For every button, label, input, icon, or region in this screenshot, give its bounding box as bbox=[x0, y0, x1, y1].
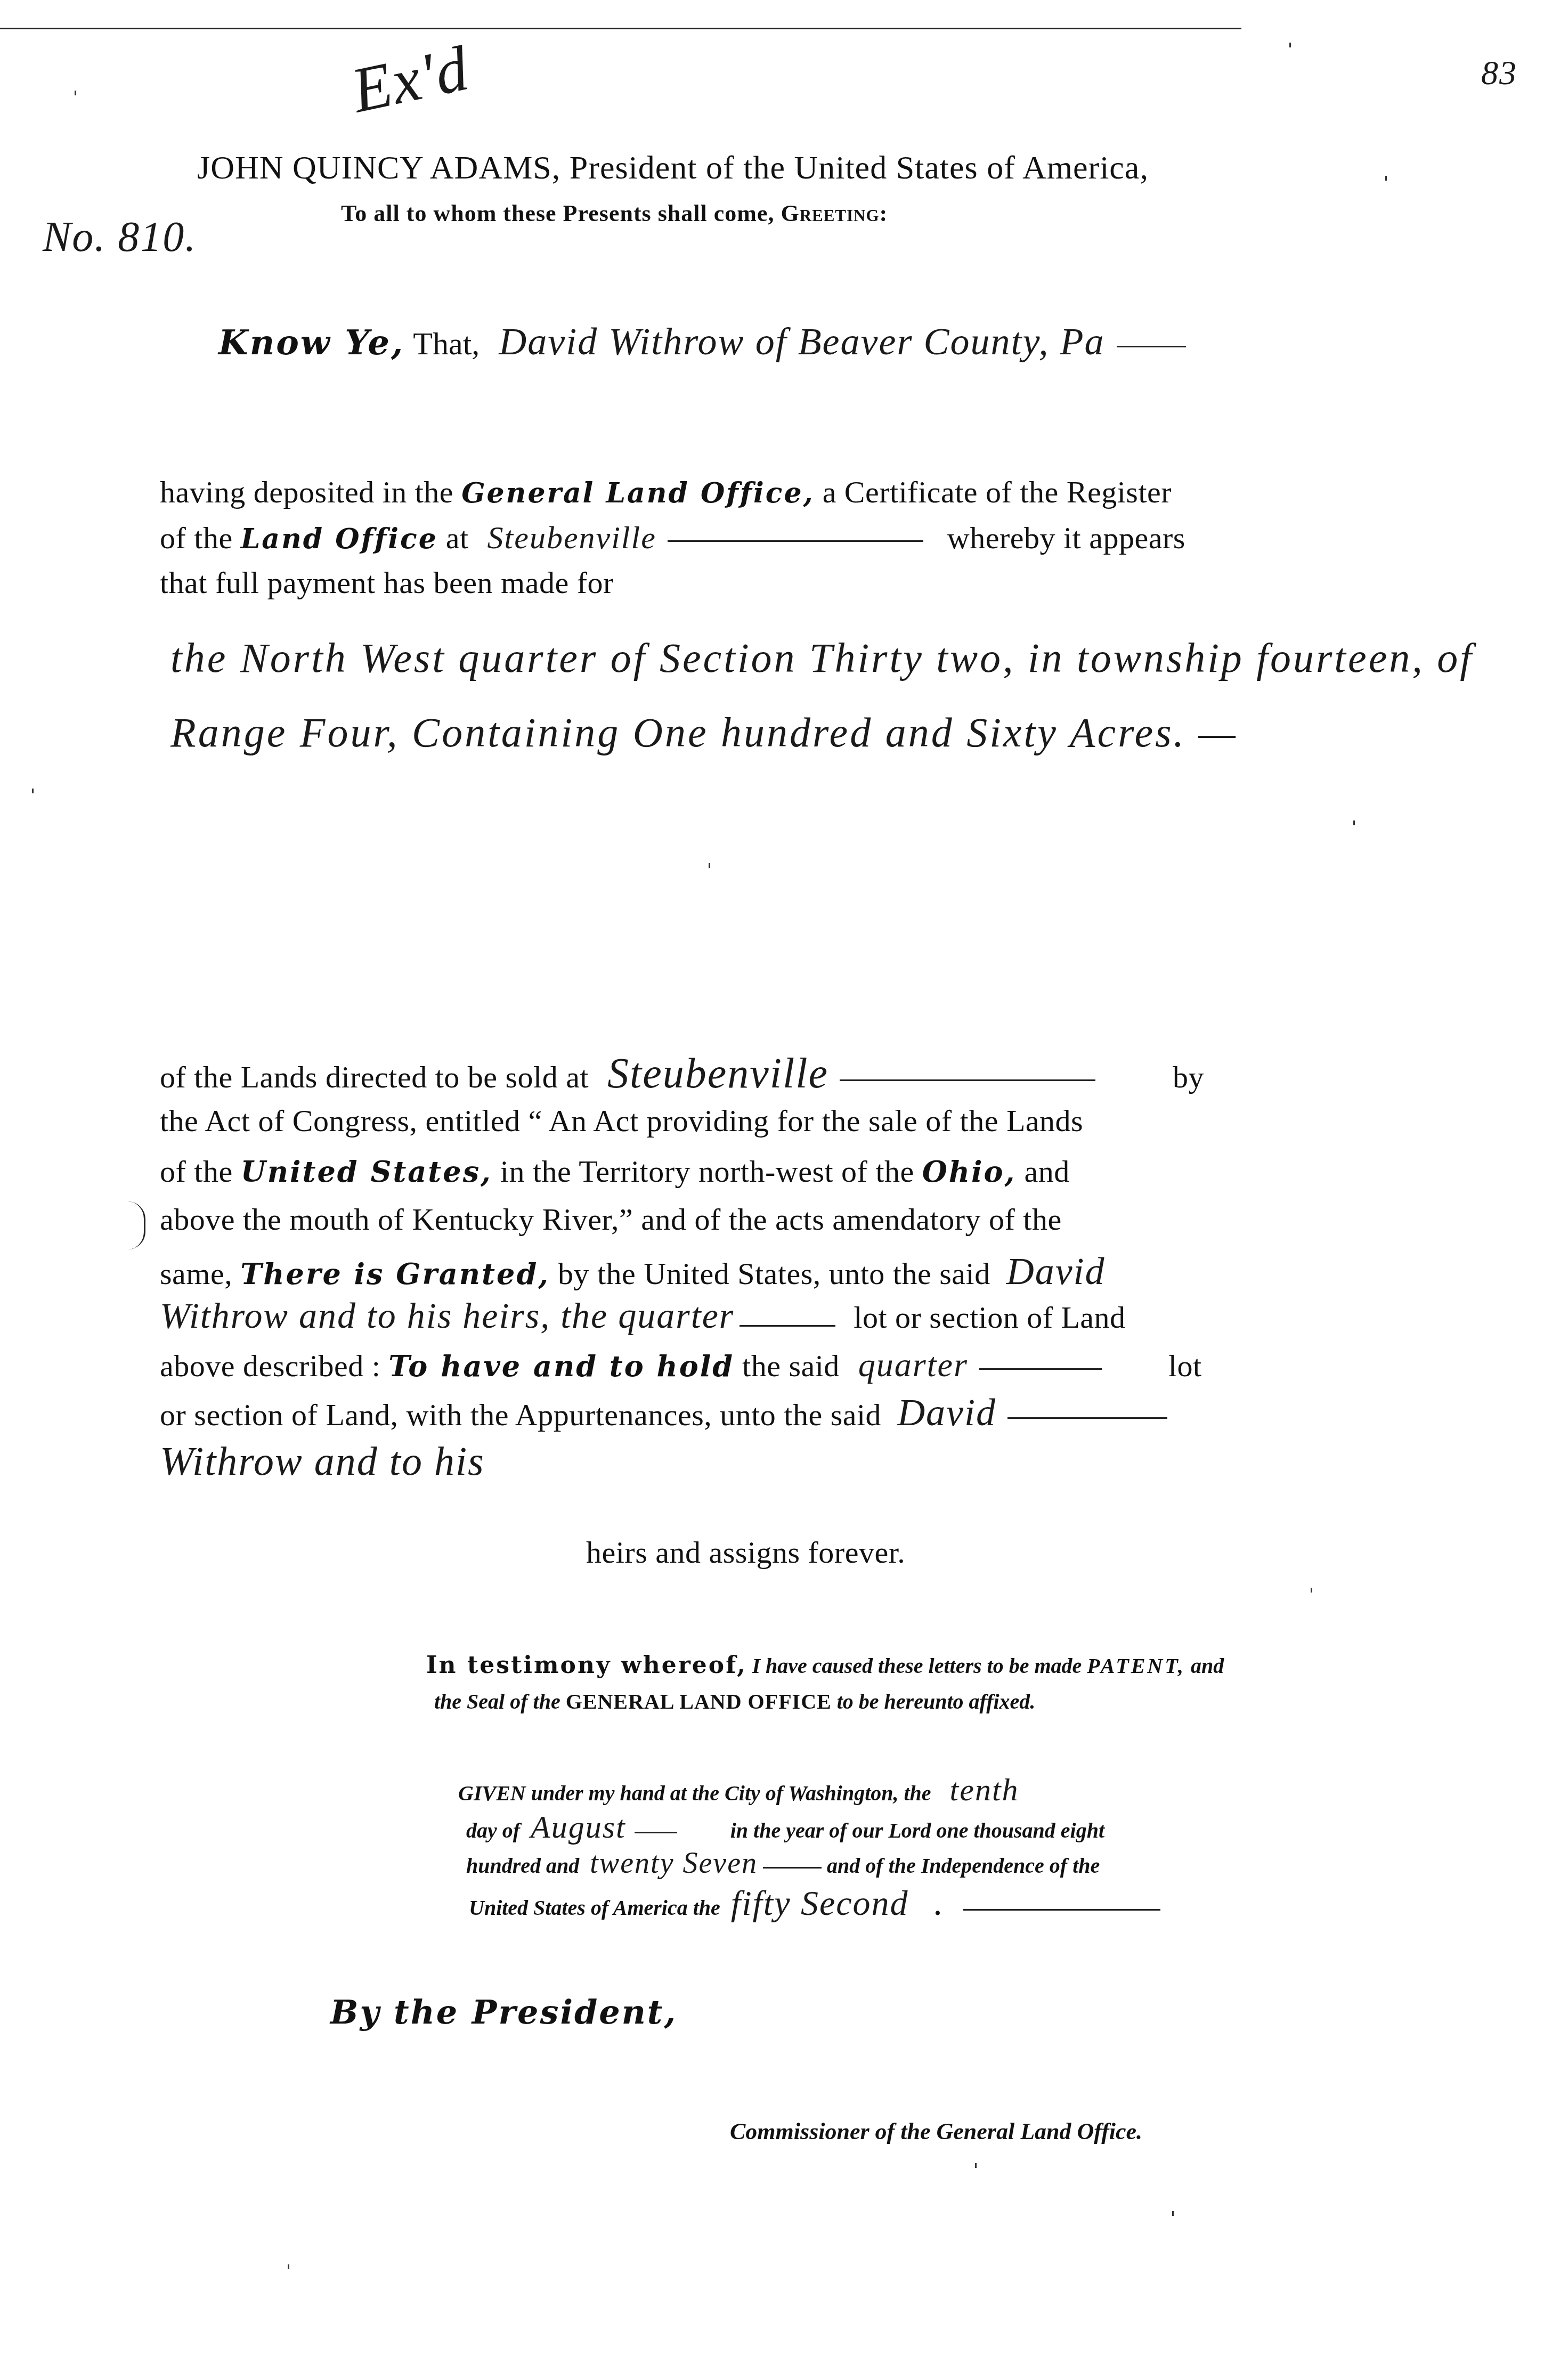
testimony-line-1: In testimony whereof, I have caused thes… bbox=[426, 1652, 1224, 1679]
by-word: by bbox=[1173, 1060, 1204, 1094]
lot-or-section-text: lot or section of Land bbox=[854, 1300, 1125, 1335]
above-described-text: above described : bbox=[160, 1349, 380, 1383]
grantee-name: David Withrow of Beaver County, Pa bbox=[499, 320, 1104, 363]
by-the-president: By the President, bbox=[330, 1993, 677, 2032]
fill-rule bbox=[1117, 346, 1186, 347]
of-the: of the bbox=[160, 1154, 233, 1189]
examined-margin-mark: Ex'd bbox=[345, 31, 475, 128]
month-handwritten: August bbox=[531, 1809, 626, 1845]
scan-speck bbox=[32, 789, 34, 793]
scan-speck bbox=[75, 91, 76, 95]
appurtenances-line: or section of Land, with the Appurtenanc… bbox=[160, 1391, 1167, 1435]
page-number: 83 bbox=[1481, 53, 1517, 93]
deposited-prefix: having deposited in the bbox=[160, 475, 453, 509]
seal-suffix: to be hereunto affixed. bbox=[837, 1689, 1036, 1713]
fill-rule bbox=[763, 1867, 822, 1869]
independence-year-handwritten: fifty Second bbox=[731, 1884, 909, 1923]
know-ye-line: Know Ye, That, David Withrow of Beaver C… bbox=[218, 320, 1186, 364]
united-states-line: of the United States, in the Territory n… bbox=[160, 1154, 1070, 1189]
scan-speck bbox=[1353, 821, 1355, 825]
grantee-second-first-name: David bbox=[897, 1391, 996, 1434]
patent-number: No. 810. bbox=[43, 213, 197, 262]
land-description-line-2: Range Four, Containing One hundred and S… bbox=[170, 709, 1238, 757]
of-the: of the bbox=[160, 521, 233, 555]
deposited-line: having deposited in the General Land Off… bbox=[160, 474, 1172, 510]
year-handwritten: twenty Seven bbox=[590, 1847, 758, 1880]
patent-number-value: 810. bbox=[118, 214, 197, 261]
ohio-blackletter: Ohio, bbox=[922, 1155, 1017, 1189]
know-ye-heading: Know Ye, bbox=[218, 323, 404, 363]
day-of-text: day of bbox=[466, 1818, 520, 1842]
grantee-first-name: David bbox=[1006, 1250, 1106, 1293]
scan-speck bbox=[709, 863, 710, 868]
whereby-text: whereby it appears bbox=[947, 521, 1185, 555]
heirs-and-assigns: heirs and assigns forever. bbox=[586, 1534, 905, 1570]
fill-rule bbox=[635, 1832, 677, 1833]
to-have-and-hold-line: above described : To have and to hold th… bbox=[160, 1345, 1202, 1385]
the-said-text: the said bbox=[742, 1349, 840, 1383]
greeting-prefix: To all to whom these Presents shall come… bbox=[341, 200, 774, 226]
scan-speck bbox=[1385, 176, 1387, 181]
in-testimony-whereof: In testimony whereof, bbox=[426, 1652, 746, 1679]
scan-speck bbox=[1172, 2211, 1174, 2216]
year-of-our-lord-text: in the year of our Lord one thousand eig… bbox=[730, 1818, 1104, 1842]
that-word: That, bbox=[413, 326, 480, 361]
general-land-office-caps: GENERAL LAND OFFICE bbox=[566, 1689, 832, 1713]
grantee-heirs-handwritten: Withrow and to his heirs, the quarter bbox=[160, 1295, 734, 1336]
sale-location: Steubenville bbox=[607, 1050, 828, 1097]
land-office-line: of the Land Office at Steubenville where… bbox=[160, 519, 1185, 556]
fill-rule bbox=[840, 1079, 1095, 1081]
day-handwritten: tenth bbox=[950, 1772, 1019, 1807]
united-states-blackletter: United States, bbox=[241, 1155, 492, 1189]
testimony-and: and bbox=[1191, 1654, 1224, 1678]
given-line-3: hundred and twenty Seven and of the Inde… bbox=[466, 1846, 1100, 1880]
territory-text: in the Territory north-west of the bbox=[500, 1154, 914, 1189]
fill-rule bbox=[979, 1368, 1102, 1370]
tract-type: quarter bbox=[858, 1346, 968, 1384]
land-patent-page: Ex'd 83 JOHN QUINCY ADAMS, President of … bbox=[0, 0, 1552, 2380]
patent-number-label: No. bbox=[43, 214, 106, 261]
period-mark: . bbox=[936, 1891, 942, 1921]
general-land-office: General Land Office, bbox=[461, 477, 815, 509]
land-office: Land Office bbox=[241, 523, 438, 555]
scan-speck bbox=[1311, 1588, 1312, 1593]
appurtenances-text: or section of Land, with the Appurtenanc… bbox=[160, 1398, 881, 1432]
testimony-caused-text: I have caused these letters to be made bbox=[752, 1654, 1082, 1678]
land-description-line-1: the North West quarter of Section Thirty… bbox=[170, 634, 1474, 682]
scan-speck bbox=[975, 2163, 977, 2168]
testimony-line-2: the Seal of the GENERAL LAND OFFICE to b… bbox=[434, 1689, 1035, 1714]
lot-word: lot bbox=[1168, 1349, 1202, 1383]
lands-directed-text: of the Lands directed to be sold at bbox=[160, 1060, 589, 1094]
kentucky-river-line: above the mouth of Kentucky River,” and … bbox=[160, 1201, 1062, 1237]
to-have-and-to-hold: To have and to hold bbox=[388, 1349, 734, 1383]
hundred-and-text: hundred and bbox=[466, 1854, 579, 1878]
and-word: and bbox=[1024, 1154, 1069, 1189]
given-line-2: day of August in the year of our Lord on… bbox=[466, 1809, 1104, 1846]
fill-rule bbox=[963, 1909, 1160, 1911]
there-is-granted-line: same, There is Granted, by the United St… bbox=[160, 1249, 1106, 1294]
greeting-word: Greeting: bbox=[781, 200, 888, 226]
given-text: GIVEN under my hand at the City of Washi… bbox=[458, 1781, 931, 1805]
top-border-rule bbox=[0, 28, 1241, 29]
by-united-states-text: by the United States, unto the said bbox=[558, 1256, 990, 1291]
commissioner-title: Commissioner of the General Land Office. bbox=[730, 2118, 1142, 2145]
fill-rule bbox=[1007, 1417, 1167, 1419]
register-office-location: Steubenville bbox=[487, 520, 656, 555]
there-is-granted: There is Granted, bbox=[240, 1257, 550, 1291]
grantee-second-line: Withrow and to his bbox=[160, 1439, 485, 1485]
full-payment-line: that full payment has been made for bbox=[160, 565, 614, 600]
seal-prefix: the Seal of the bbox=[434, 1689, 560, 1713]
at-word: at bbox=[446, 521, 469, 555]
independence-text: and of the Independence of the bbox=[827, 1854, 1100, 1878]
grantee-heirs-line: Withrow and to his heirs, the quarter lo… bbox=[160, 1295, 1126, 1337]
deposited-suffix: a Certificate of the Register bbox=[823, 475, 1172, 509]
given-line-4: United States of America the fifty Secon… bbox=[469, 1883, 1160, 1924]
act-of-congress-line: the Act of Congress, entitled “ An Act p… bbox=[160, 1103, 1083, 1139]
patent-word: PATENT, bbox=[1087, 1654, 1185, 1678]
greeting-line: To all to whom these Presents shall come… bbox=[341, 200, 888, 227]
scan-speck bbox=[288, 2264, 289, 2269]
fill-rule bbox=[740, 1325, 835, 1327]
scan-speck bbox=[1289, 43, 1291, 47]
given-line-1: GIVEN under my hand at the City of Washi… bbox=[458, 1772, 1019, 1808]
united-states-of-america-text: United States of America the bbox=[469, 1896, 720, 1920]
lands-directed-line: of the Lands directed to be sold at Steu… bbox=[160, 1050, 1204, 1098]
president-title: JOHN QUINCY ADAMS, President of the Unit… bbox=[197, 149, 1149, 187]
same-word: same, bbox=[160, 1256, 232, 1291]
fill-rule bbox=[668, 540, 923, 542]
margin-bracket bbox=[128, 1201, 145, 1249]
